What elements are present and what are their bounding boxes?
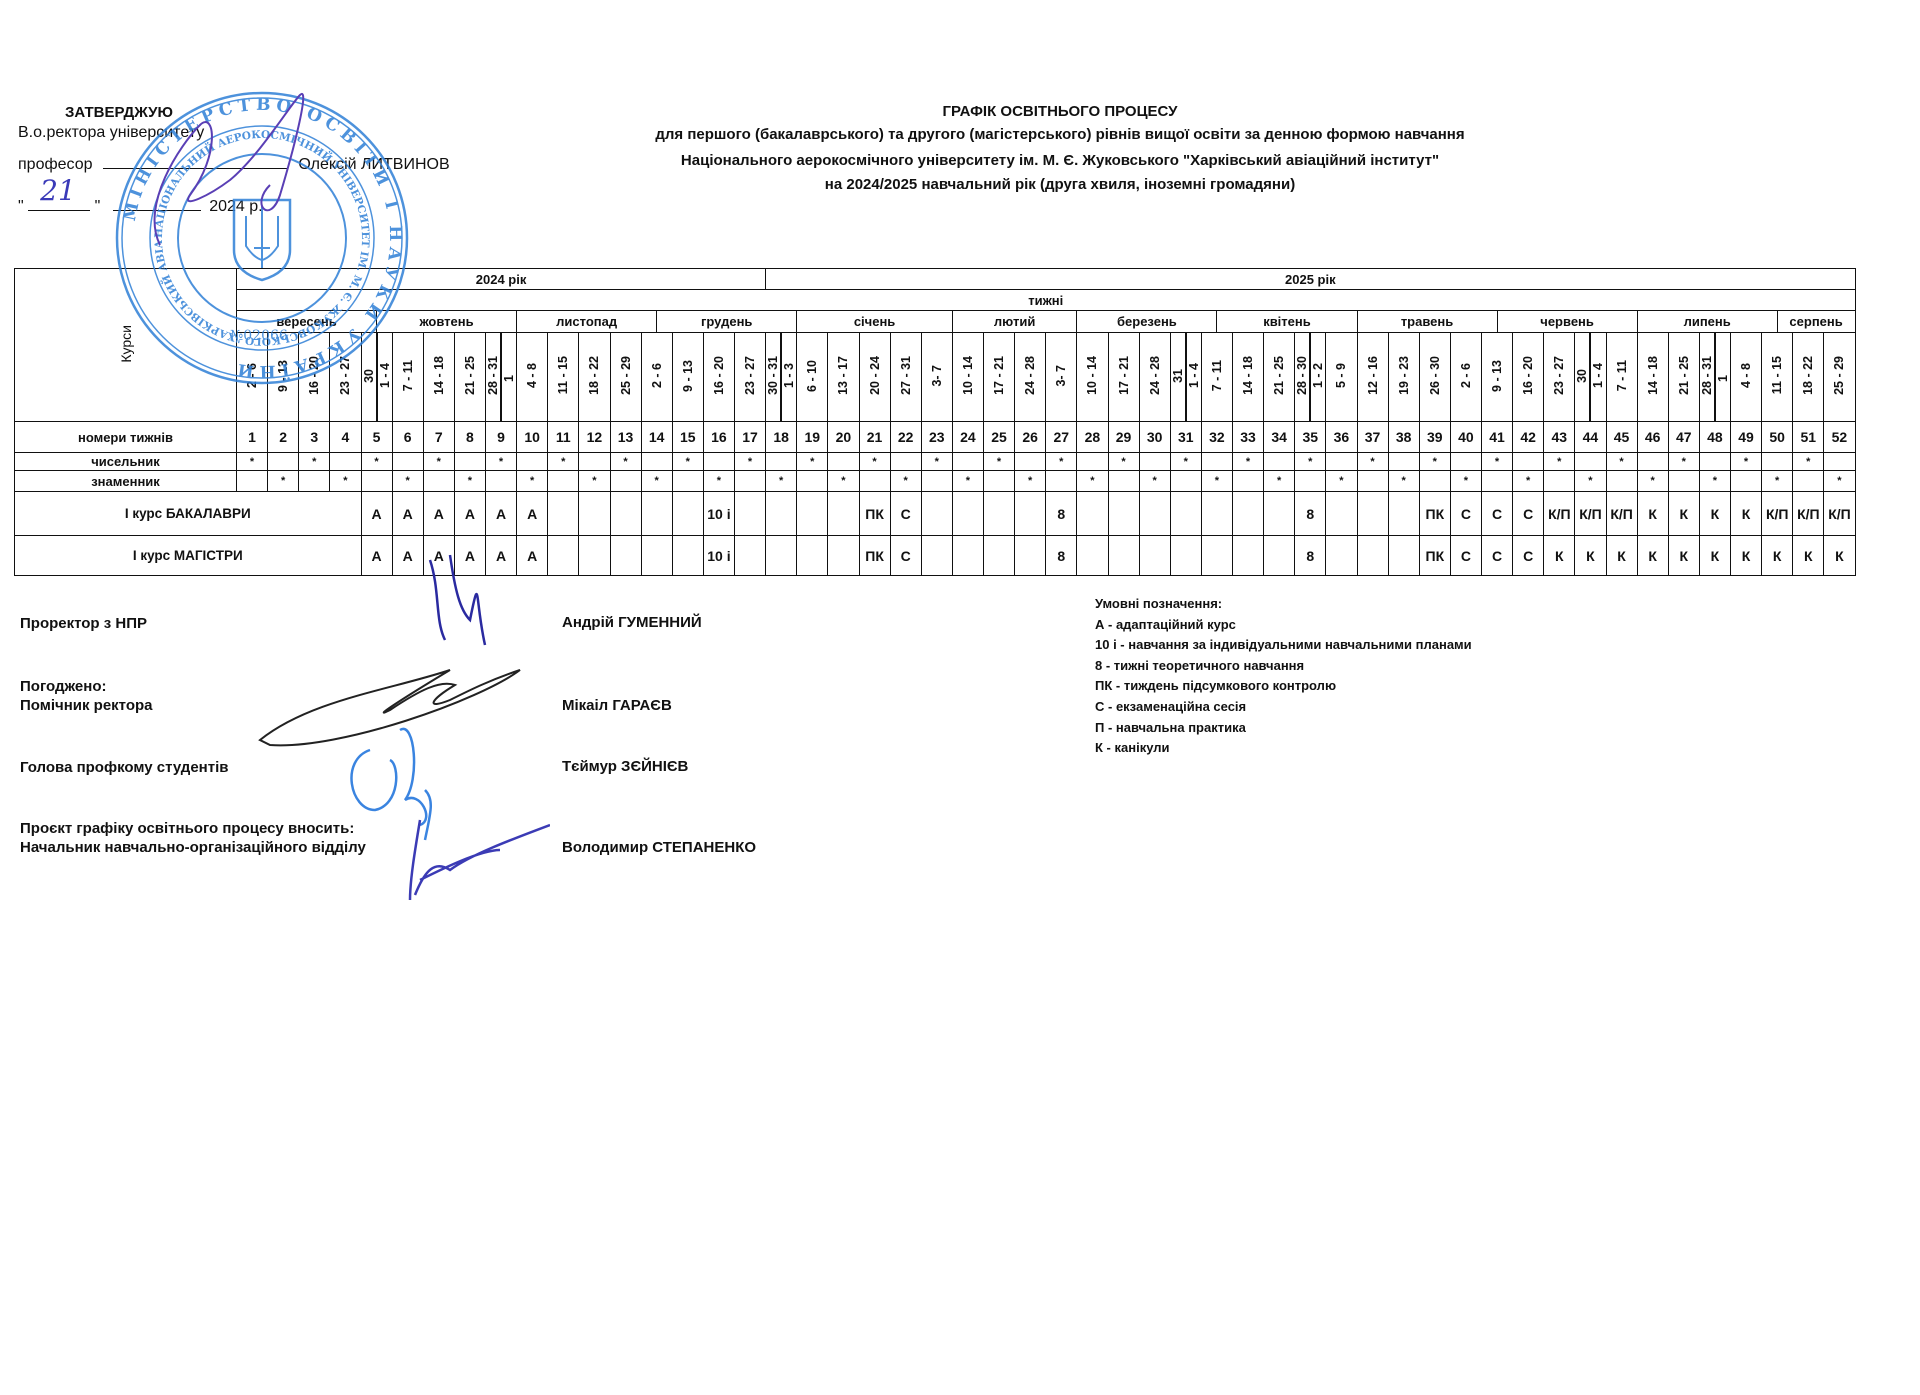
week-dates-part: 28 - 31 [1699, 333, 1715, 422]
week-number: 49 [1731, 422, 1762, 453]
doc-subtitle-2: Національного аерокосмічного університет… [560, 152, 1560, 169]
courses-label: Курси [118, 325, 134, 363]
schedule-cell [1357, 536, 1388, 576]
schedule-cell: А [392, 536, 423, 576]
schedule-cell: 8 [1295, 536, 1326, 576]
schedule-cell [1015, 492, 1046, 536]
legend-items: А - адаптаційний курс10 і - навчання за … [1095, 615, 1472, 759]
week-number: 35 [1295, 422, 1326, 453]
week-date-range: 6 - 10 [805, 360, 819, 392]
month-header: серпень [1777, 311, 1855, 333]
signer-label-assistant: Погоджено: Помічник ректора [20, 677, 153, 715]
month-header: січень [797, 311, 953, 333]
legend-item: А - адаптаційний курс [1095, 615, 1472, 636]
week-dates: 19 - 23 [1388, 333, 1419, 422]
week-marker: * [548, 453, 579, 471]
week-marker [1824, 453, 1855, 471]
approval-day: 21 [40, 174, 76, 207]
schedule-cell [579, 492, 610, 536]
week-dates-part: 1 [1715, 333, 1731, 422]
week-marker: * [797, 453, 828, 471]
week-date-range: 30 - 31 [766, 356, 780, 395]
week-date-range: 7 - 11 [1210, 360, 1224, 391]
schedule-cell: А [486, 492, 517, 536]
denominator-row: знаменник************************** [15, 471, 1856, 492]
week-number: 7 [423, 422, 454, 453]
week-dates: 14 - 18 [1637, 333, 1668, 422]
week-dates: 20 - 24 [859, 333, 890, 422]
schedule-cell: К [1793, 536, 1824, 576]
week-date-range: 1 - 4 [378, 363, 392, 388]
schedule-cell [1077, 536, 1108, 576]
approval-date-line: " 21 " 2024 р. [18, 196, 263, 216]
schedule-cell [548, 492, 579, 536]
week-number: 46 [1637, 422, 1668, 453]
schedule-cell [1201, 536, 1232, 576]
approval-title: ЗАТВЕРДЖУЮ [65, 104, 173, 121]
signer-label-prorector: Проректор з НПР [20, 614, 147, 633]
week-number: 28 [1077, 422, 1108, 453]
week-marker: * [1295, 453, 1326, 471]
week-marker [1326, 453, 1357, 471]
schedule-cell [1170, 536, 1201, 576]
schedule-cell [1015, 536, 1046, 576]
schedule-cell [579, 536, 610, 576]
agreed-label: Погоджено: [20, 677, 153, 696]
week-number: 13 [610, 422, 641, 453]
week-number: 40 [1450, 422, 1481, 453]
course-label: І курс БАКАЛАВРИ [15, 492, 362, 536]
week-dates-part: 28 - 30 [1295, 333, 1311, 422]
week-number: 51 [1793, 422, 1824, 453]
week-date-range: 4 - 8 [1739, 363, 1753, 388]
week-marker: * [454, 471, 485, 492]
schedule-cell [672, 492, 703, 536]
schedule-cell: К [1762, 536, 1793, 576]
week-marker [1264, 453, 1295, 471]
week-marker [237, 471, 268, 492]
month-header: вересень [237, 311, 377, 333]
week-marker: * [1513, 471, 1544, 492]
course-row: І курс МАГІСТРИАААААА10 іПКС88ПКСССККККК… [15, 536, 1856, 576]
week-marker: * [984, 453, 1015, 471]
quote-open: " [18, 198, 24, 215]
year-header: 2024 рік [237, 269, 766, 290]
week-dates: 4 - 8 [1731, 333, 1762, 422]
week-date-range: 2 - 6 [1459, 363, 1473, 388]
schedule-cell: С [890, 536, 921, 576]
week-date-range: 16 - 20 [1521, 356, 1535, 395]
week-marker: * [330, 471, 361, 492]
schedule-cell: С [1513, 536, 1544, 576]
week-marker [454, 453, 485, 471]
week-date-range: 1 - 4 [1187, 363, 1201, 388]
week-number: 17 [735, 422, 766, 453]
week-number: 15 [672, 422, 703, 453]
legend-item: П - навчальна практика [1095, 718, 1472, 739]
schedule-cell: С [1450, 492, 1481, 536]
week-dates: 27 - 31 [890, 333, 921, 422]
week-dates-part: 1 - 4 [1590, 333, 1606, 422]
schedule-cell: К [1575, 536, 1606, 576]
week-marker [828, 453, 859, 471]
schedule-cell [641, 492, 672, 536]
week-number: 24 [952, 422, 983, 453]
week-marker [766, 453, 797, 471]
week-dates: 21 - 25 [1668, 333, 1699, 422]
schedule-cell [797, 536, 828, 576]
schedule-cell: 8 [1046, 536, 1077, 576]
week-number: 16 [703, 422, 734, 453]
week-marker: * [735, 453, 766, 471]
week-marker: * [1388, 471, 1419, 492]
week-marker [1513, 453, 1544, 471]
schedule-cell: 10 і [703, 536, 734, 576]
week-marker [703, 453, 734, 471]
week-date-range: 1 - 3 [782, 363, 796, 388]
schedule-cell [1326, 536, 1357, 576]
week-date-range: 16 - 20 [712, 356, 726, 395]
schedule-cell: ПК [1419, 536, 1450, 576]
schedule-cell [1233, 536, 1264, 576]
schedule-cell: К [1824, 536, 1855, 576]
schedule-cell [1264, 536, 1295, 576]
week-number: 30 [1139, 422, 1170, 453]
week-number: 12 [579, 422, 610, 453]
week-marker: * [1170, 453, 1201, 471]
schedule-cell [1357, 492, 1388, 536]
week-number: 48 [1699, 422, 1730, 453]
week-marker: * [1108, 453, 1139, 471]
doc-title: ГРАФІК ОСВІТНЬОГО ПРОЦЕСУ [560, 103, 1560, 120]
week-dates: 23 - 27 [735, 333, 766, 422]
schedule-cell: К [1731, 492, 1762, 536]
week-date-range: 17 - 21 [992, 356, 1006, 395]
schedule-cell: К [1699, 536, 1730, 576]
week-dates: 10 - 14 [952, 333, 983, 422]
week-dates: 16 - 20 [703, 333, 734, 422]
schedule-cell: А [361, 536, 392, 576]
week-marker [392, 453, 423, 471]
week-date-range: 31 [1171, 369, 1185, 383]
schedule-cell: С [1482, 492, 1513, 536]
month-header: березень [1077, 311, 1217, 333]
week-dates: 16 - 20 [299, 333, 330, 422]
week-marker [859, 471, 890, 492]
week-marker [1482, 471, 1513, 492]
legend-title: Умовні позначення: [1095, 594, 1472, 615]
courses-header: Курси [15, 269, 237, 422]
week-marker [1108, 471, 1139, 492]
schedule-cell: А [517, 536, 548, 576]
week-marker: * [299, 453, 330, 471]
week-date-range: 3- 7 [930, 365, 944, 387]
week-number: 3 [299, 422, 330, 453]
numerator-label: чисельник [15, 453, 237, 471]
week-numbers-label: номери тижнів [15, 422, 237, 453]
schedule-cell: К [1668, 492, 1699, 536]
approval-position: В.о.ректора університету [18, 124, 204, 142]
schedule-cell: К/П [1824, 492, 1855, 536]
schedule-cell: К/П [1544, 492, 1575, 536]
week-date-range: 14 - 18 [432, 356, 446, 395]
week-date-range: 10 - 14 [961, 356, 975, 395]
schedule-cell [672, 536, 703, 576]
month-header: лютий [952, 311, 1077, 333]
week-marker: * [1793, 453, 1824, 471]
week-date-range: 16 - 20 [307, 356, 321, 395]
week-dates: 26 - 30 [1419, 333, 1450, 422]
week-marker [797, 471, 828, 492]
week-number: 33 [1233, 422, 1264, 453]
legend-item: 10 і - навчання за індивідуальними навча… [1095, 635, 1472, 656]
week-dates: 9 - 13 [672, 333, 703, 422]
week-dates: 3- 7 [1046, 333, 1077, 422]
week-number: 2 [268, 422, 299, 453]
schedule-cell [1201, 492, 1232, 536]
schedule-cell [984, 536, 1015, 576]
week-marker [1544, 471, 1575, 492]
week-marker [1606, 471, 1637, 492]
week-date-range: 21 - 25 [1677, 356, 1691, 395]
numerator-row: чисельник************************** [15, 453, 1856, 471]
week-date-range: 1 [1716, 375, 1730, 382]
week-date-range: 18 - 22 [1801, 356, 1815, 395]
schedule-table: Курси2024 рік2025 ріктижнівересеньжовтен… [14, 268, 1856, 576]
week-marker: * [1077, 471, 1108, 492]
month-header: квітень [1217, 311, 1357, 333]
week-marker [1388, 453, 1419, 471]
week-number: 36 [1326, 422, 1357, 453]
week-marker: * [1762, 471, 1793, 492]
week-dates-part: 28 - 31 [486, 333, 502, 422]
week-dates: 25 - 29 [1824, 333, 1855, 422]
week-marker: * [1139, 471, 1170, 492]
week-marker [1575, 453, 1606, 471]
week-number: 23 [921, 422, 952, 453]
schedule-cell: А [454, 492, 485, 536]
dates-row: 2 - 69 - 1316 - 2023 - 27301 - 47 - 1114… [15, 333, 1856, 422]
week-number: 32 [1201, 422, 1232, 453]
schedule-cell: А [361, 492, 392, 536]
week-marker [952, 453, 983, 471]
week-marker [1731, 471, 1762, 492]
week-dates: 3- 7 [921, 333, 952, 422]
week-date-range: 14 - 18 [1646, 356, 1660, 395]
week-marker [486, 471, 517, 492]
week-date-range: 28 - 31 [486, 356, 500, 395]
week-marker [268, 453, 299, 471]
schedule-cell: К/П [1575, 492, 1606, 536]
week-marker [890, 453, 921, 471]
legend-item: ПК - тиждень підсумкового контролю [1095, 676, 1472, 697]
schedule-cell: А [454, 536, 485, 576]
week-numbers-row: номери тижнів123456789101112131415161718… [15, 422, 1856, 453]
schedule-cell [1108, 536, 1139, 576]
week-number: 1 [237, 422, 268, 453]
week-dates: 9 - 13 [268, 333, 299, 422]
week-date-range: 7 - 11 [401, 360, 415, 391]
schedule-cell [1233, 492, 1264, 536]
week-date-range: 5 - 9 [1334, 363, 1348, 388]
schedule-cell: 8 [1295, 492, 1326, 536]
denominator-label: знаменник [15, 471, 237, 492]
week-marker: * [828, 471, 859, 492]
schedule-cell [735, 492, 766, 536]
schedule-cell [797, 492, 828, 536]
week-date-range: 10 - 14 [1085, 356, 1099, 395]
doc-subtitle-3: на 2024/2025 навчальний рік (друга хвиля… [560, 176, 1560, 193]
schedule-cell [1388, 492, 1419, 536]
week-dates: 12 - 16 [1357, 333, 1388, 422]
week-number: 10 [517, 422, 548, 453]
week-dates: 17 - 21 [984, 333, 1015, 422]
legend-item: К - канікули [1095, 738, 1472, 759]
week-dates: 5 - 9 [1326, 333, 1357, 422]
week-dates: 11 - 15 [1762, 333, 1793, 422]
week-marker [1233, 471, 1264, 492]
year-row: Курси2024 рік2025 рік [15, 269, 1856, 290]
week-date-range: 20 - 24 [868, 356, 882, 395]
approval-day-field: 21 [28, 196, 90, 211]
legend-item: С - екзаменаційна сесія [1095, 697, 1472, 718]
week-number: 5 [361, 422, 392, 453]
week-date-range: 11 - 15 [556, 356, 570, 394]
week-marker [1201, 453, 1232, 471]
week-marker: * [268, 471, 299, 492]
schedule-cell: А [423, 492, 454, 536]
schedule-cell [1108, 492, 1139, 536]
schedule-cell: А [423, 536, 454, 576]
schedule-cell [1264, 492, 1295, 536]
week-dates: 18 - 22 [579, 333, 610, 422]
month-header: червень [1497, 311, 1637, 333]
week-number: 38 [1388, 422, 1419, 453]
week-marker: * [610, 453, 641, 471]
week-dates-part: 30 [1575, 333, 1591, 422]
week-dates: 2 - 6 [1450, 333, 1481, 422]
schedule-cell: К [1699, 492, 1730, 536]
week-date-range: 23 - 27 [1552, 356, 1566, 395]
week-marker: * [1544, 453, 1575, 471]
signature-blank [103, 154, 288, 169]
schedule-cell [952, 536, 983, 576]
course-row: І курс БАКАЛАВРИАААААА10 іПКС88ПКСССК/ПК… [15, 492, 1856, 536]
week-marker: * [579, 471, 610, 492]
signer-name-assistant: Мікаіл ГАРАЄВ [562, 697, 672, 714]
week-number: 11 [548, 422, 579, 453]
week-date-range: 19 - 23 [1397, 356, 1411, 395]
schedule-cell: К/П [1606, 492, 1637, 536]
doc-subtitle-1: для першого (бакалаврського) та другого … [560, 126, 1560, 143]
week-marker [641, 453, 672, 471]
week-number: 9 [486, 422, 517, 453]
week-number: 21 [859, 422, 890, 453]
schedule-cell: С [1482, 536, 1513, 576]
week-date-range: 12 - 16 [1366, 356, 1380, 395]
week-date-range: 25 - 29 [619, 356, 633, 395]
week-date-range: 24 - 28 [1148, 356, 1162, 395]
week-marker: * [1450, 471, 1481, 492]
week-marker: * [1668, 453, 1699, 471]
week-dates: 11 - 15 [548, 333, 579, 422]
week-marker: * [703, 471, 734, 492]
schedule-cell [1388, 536, 1419, 576]
schedule-cell [735, 536, 766, 576]
week-marker: * [672, 453, 703, 471]
week-date-range: 3- 7 [1054, 365, 1068, 387]
signer-name-prorector: Андрій ГУМЕННИЙ [562, 614, 702, 631]
week-marker [1295, 471, 1326, 492]
head-label: Начальник навчально-організаційного відд… [20, 838, 366, 857]
week-number: 37 [1357, 422, 1388, 453]
approval-year: 2024 р. [209, 198, 262, 215]
schedule-cell [641, 536, 672, 576]
week-date-range: 23 - 27 [743, 356, 757, 395]
week-marker [1419, 471, 1450, 492]
signatures-scribbles-icon [250, 550, 550, 920]
month-header: жовтень [377, 311, 517, 333]
week-number: 43 [1544, 422, 1575, 453]
month-header: травень [1357, 311, 1497, 333]
week-marker [921, 471, 952, 492]
schedule-cell [548, 536, 579, 576]
week-marker [610, 471, 641, 492]
week-marker: * [361, 453, 392, 471]
week-dates: 24 - 28 [1015, 333, 1046, 422]
week-date-range: 2 - 6 [650, 363, 664, 388]
week-date-range: 27 - 31 [899, 356, 913, 395]
week-marker [1699, 453, 1730, 471]
week-number: 22 [890, 422, 921, 453]
schedule-cell: ПК [1419, 492, 1450, 536]
week-marker [1046, 471, 1077, 492]
week-marker: * [1046, 453, 1077, 471]
week-date-range: 21 - 25 [463, 356, 477, 395]
week-marker: * [1201, 471, 1232, 492]
week-dates: 23 - 27 [330, 333, 361, 422]
week-marker [1762, 453, 1793, 471]
week-date-range: 30 [362, 369, 376, 383]
week-marker [1357, 471, 1388, 492]
week-dates: 25 - 29 [610, 333, 641, 422]
approval-month-field [113, 196, 201, 211]
schedule-cell: К [1606, 536, 1637, 576]
month-header: липень [1637, 311, 1777, 333]
week-number: 47 [1668, 422, 1699, 453]
week-marker: * [486, 453, 517, 471]
week-marker [299, 471, 330, 492]
week-dates-part: 31 [1170, 333, 1186, 422]
schedule-cell: С [1513, 492, 1544, 536]
week-marker: * [1326, 471, 1357, 492]
week-marker: * [952, 471, 983, 492]
week-marker [330, 453, 361, 471]
week-dates: 14 - 18 [1233, 333, 1264, 422]
week-dates: 2 - 6 [237, 333, 268, 422]
signer-name-head: Володимир СТЕПАНЕНКО [562, 839, 756, 856]
week-dates: 24 - 28 [1139, 333, 1170, 422]
week-date-range: 1 - 4 [1591, 363, 1605, 388]
schedule-cell [952, 492, 983, 536]
schedule-cell: С [1450, 536, 1481, 576]
approval-signature-line: професор Олексій ЛИТВИНОВ [18, 154, 450, 174]
week-marker: * [1637, 471, 1668, 492]
schedule-cell [766, 492, 797, 536]
schedule-cell: К [1668, 536, 1699, 576]
week-marker [1139, 453, 1170, 471]
week-marker: * [641, 471, 672, 492]
